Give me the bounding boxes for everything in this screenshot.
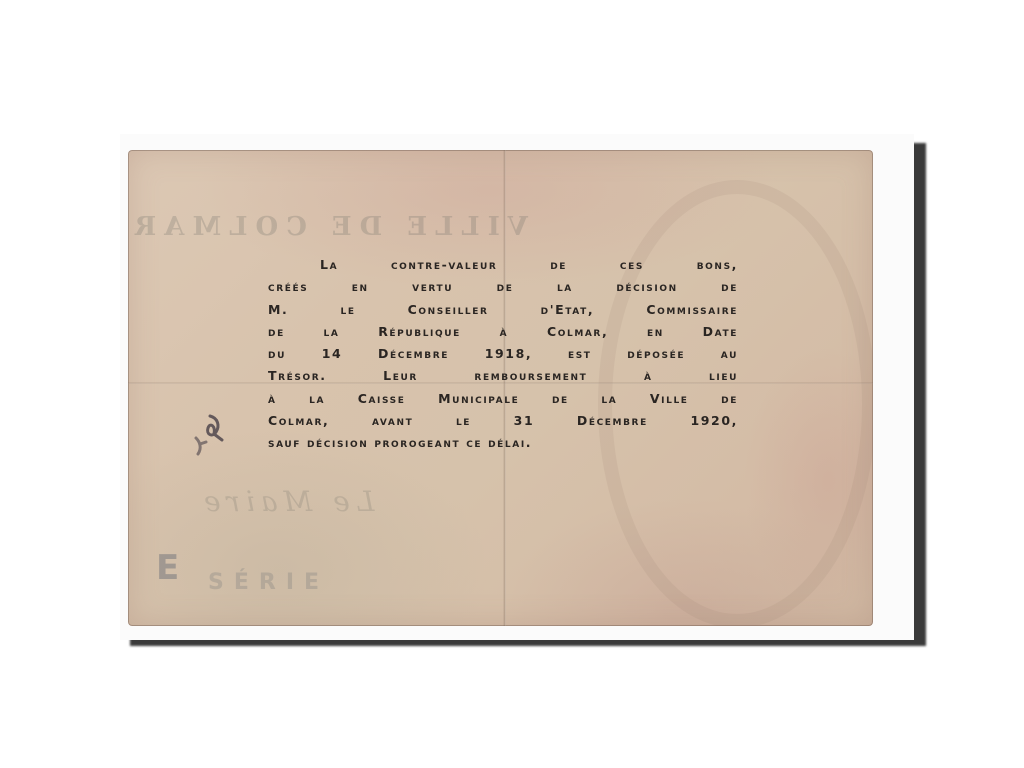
show-through-letter: E	[156, 548, 179, 588]
show-through-title: VILLE DE COLMAR	[198, 212, 528, 242]
ink-stamp-mark	[188, 412, 228, 462]
show-through-serie: SÉRIE	[208, 570, 329, 595]
notice-line: à la Caisse Municipale de la Ville de	[268, 388, 738, 410]
banknote: VILLE DE COLMAR Le Maire SÉRIE E La cont…	[128, 150, 873, 626]
notice-line: du 14 Décembre 1918, est déposée au	[268, 343, 738, 365]
show-through-signature: Le Maire	[198, 485, 374, 518]
notice-line: de la République à Colmar, en Date	[268, 321, 738, 343]
notice-line: sauf décision prorogeant ce délai.	[268, 432, 738, 454]
notice-line: Trésor. Leur remboursement à lieu	[268, 365, 738, 387]
redemption-notice: La contre-valeur de ces bons, créés en v…	[268, 254, 738, 455]
notice-line: La contre-valeur de ces bons,	[268, 254, 738, 276]
notice-line: M. le Conseiller d'Etat, Commissaire	[268, 299, 738, 321]
notice-line: Colmar, avant le 31 Décembre 1920,	[268, 410, 738, 432]
notice-line: créés en vertu de la décision de	[268, 276, 738, 298]
